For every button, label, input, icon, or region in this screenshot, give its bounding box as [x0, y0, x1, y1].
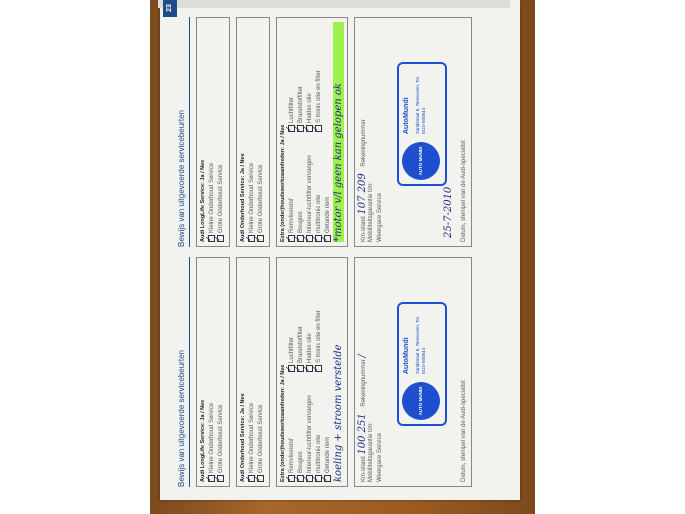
checkbox-item[interactable]: Grote Onderhoud Service: [257, 262, 266, 482]
checkbox[interactable]: [257, 475, 264, 482]
checkbox[interactable]: [324, 475, 331, 482]
page-number: 23: [163, 0, 177, 17]
checkbox-item[interactable]: Brandstoffilter: [297, 22, 306, 132]
service-record: Bewijs van uitgevoerde servicebeurten Au…: [175, 17, 495, 247]
checkbox-item[interactable]: Remvloeistof: [288, 132, 297, 242]
service-date: 25-7-2010: [443, 187, 454, 238]
handwritten-note: koeling + stroom verstelde: [333, 262, 344, 482]
checkbox[interactable]: [324, 235, 331, 242]
checkbox-item[interactable]: Brandstoffilter: [297, 262, 306, 372]
checkbox[interactable]: [217, 235, 224, 242]
checkbox-item[interactable]: Getande riem: [324, 372, 333, 482]
checkbox-item[interactable]: S tronic olie en filter: [315, 262, 324, 372]
dealer-stamp: AUTO MUNDIAutoMundiZandstraat 8, Terneuz…: [397, 62, 447, 186]
checkbox-item[interactable]: Grote Onderhoud Service: [257, 22, 266, 242]
service-record: Bewijs van uitgevoerde servicebeurten Au…: [175, 257, 495, 487]
checkbox-item[interactable]: Bougies: [297, 372, 306, 482]
checkbox-item[interactable]: Kleine Onderhoud Service: [248, 262, 257, 482]
signature-box: Km-stand 100 251 Rekeningnummer / Mobili…: [354, 257, 472, 487]
checkbox-item[interactable]: Luchtfilter: [288, 22, 297, 132]
checkbox-item[interactable]: Bougies: [297, 132, 306, 242]
checkbox[interactable]: [315, 125, 322, 132]
onderhoud-box: Audi Onderhoud Service: Ja / NeeKleine O…: [236, 257, 270, 487]
checkbox-item[interactable]: Kleine Onderhoud Service: [248, 22, 257, 242]
signature-box: Km-stand 107 209 Rekeningnummer Mobilite…: [354, 17, 472, 247]
checkbox-item[interactable]: Kleine Onderhoud Service: [208, 22, 217, 242]
checkbox-item[interactable]: multitronic olie: [315, 372, 324, 482]
checkbox-item[interactable]: Remvloeistof: [288, 372, 297, 482]
checkbox[interactable]: [315, 365, 322, 372]
longlife-box: Audi LongLife Service: Ja / NeeKleine On…: [196, 17, 230, 247]
checkbox-item[interactable]: Haldex olie: [306, 22, 315, 132]
extra-box: Extra (onder)houdswerkzaamheden: Ja / Ne…: [276, 17, 348, 247]
checkbox-item[interactable]: Getande riem: [324, 132, 333, 242]
checkbox-item[interactable]: Interieur-luchtfilter vervangen: [306, 372, 315, 482]
checkbox-item[interactable]: Kleine Onderhoud Service: [208, 262, 217, 482]
handwritten-note: *motor v/l geen kan gelopen ok: [333, 22, 344, 242]
longlife-box: Audi LongLife Service: Ja / NeeKleine On…: [196, 257, 230, 487]
checkbox-item[interactable]: multitronic olie: [315, 132, 324, 242]
checkbox-item[interactable]: Haldex olie: [306, 262, 315, 372]
checkbox-item[interactable]: Grote Onderhoud Service: [217, 22, 226, 242]
section-heading: Bewijs van uitgevoerde servicebeurten: [175, 257, 190, 487]
onderhoud-box: Audi Onderhoud Service: Ja / NeeKleine O…: [236, 17, 270, 247]
section-heading: Bewijs van uitgevoerde servicebeurten: [175, 17, 190, 247]
checkbox-item[interactable]: S tronic olie en filter: [315, 22, 324, 132]
checkbox-item[interactable]: Grote Onderhoud Service: [217, 262, 226, 482]
service-page: 23 Bewijs van uitgevoerde servicebeurten…: [175, 7, 505, 497]
checkbox[interactable]: [217, 475, 224, 482]
extra-box: Extra (onder)houdswerkzaamheden: Ja / Ne…: [276, 257, 348, 487]
checkbox-item[interactable]: Luchtfilter: [288, 262, 297, 372]
dealer-stamp: AUTO MUNDIAutoMundiZandstraat 8, Terneuz…: [397, 302, 447, 426]
checkbox-item[interactable]: Interieur-luchtfilter vervangen: [306, 132, 315, 242]
checkbox[interactable]: [257, 235, 264, 242]
